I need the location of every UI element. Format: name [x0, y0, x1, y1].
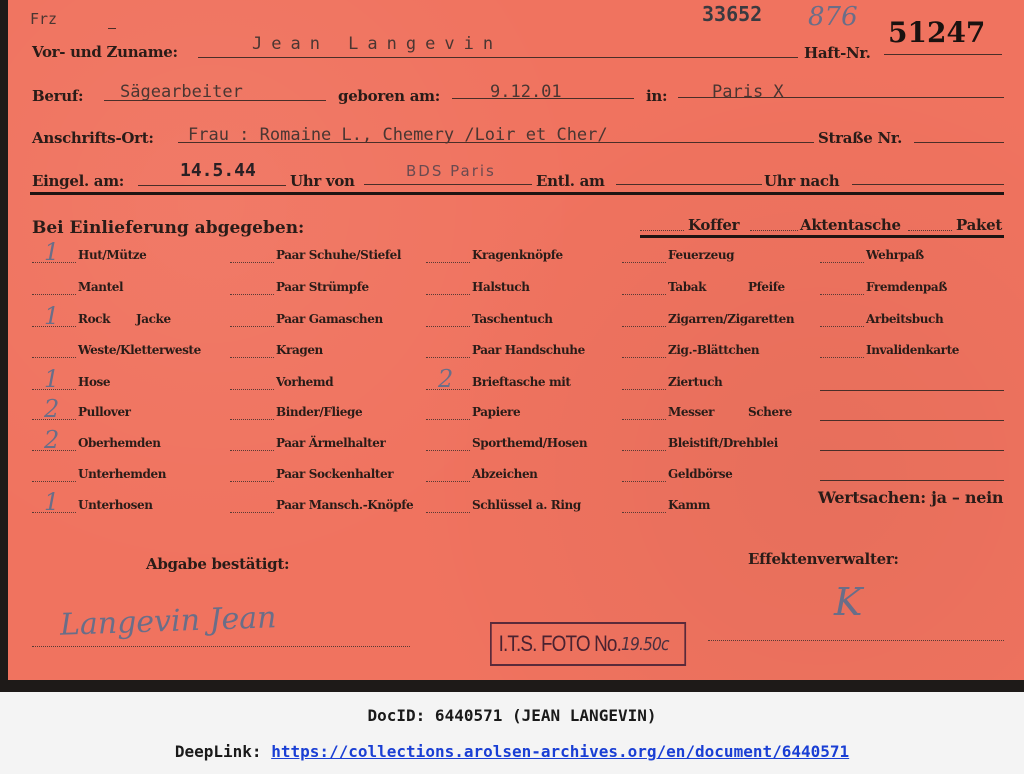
- time-to-line: [852, 184, 1004, 185]
- time-from-label: Uhr von: [290, 172, 355, 190]
- handwritten-number: 876: [808, 2, 858, 32]
- released-label: Entl. am: [536, 172, 605, 190]
- belonging-item-label: Unterhemden: [78, 467, 166, 481]
- qty-line: [426, 512, 470, 513]
- street-label: Straße Nr.: [818, 129, 902, 147]
- belongings-title: Bei Einlieferung abgegeben:: [32, 218, 304, 238]
- time-to-label: Uhr nach: [764, 172, 839, 190]
- belonging-item-label: Tabak: [668, 280, 706, 294]
- belonging-item-label: Paar Strümpfe: [276, 280, 369, 294]
- custodian-line: [708, 640, 1004, 641]
- time-from-value: BDS Paris: [406, 162, 496, 180]
- qty-line: [622, 419, 666, 420]
- qty-line: [820, 262, 864, 263]
- deeplink-row: DeepLink: https://collections.arolsen-ar…: [0, 742, 1024, 761]
- qty-line: [622, 481, 666, 482]
- qty-line: [230, 294, 274, 295]
- belonging-item-label: Fremdenpaß: [866, 280, 947, 294]
- its-foto-stamp: I.T.S. FOTO No. 19.50c: [490, 622, 686, 666]
- qty-line: [622, 389, 666, 390]
- prisoner-no-value: 51247: [888, 16, 985, 49]
- prisoner-no-line: [884, 54, 1002, 55]
- qty-line: [230, 419, 274, 420]
- nationality: Frz: [30, 10, 57, 28]
- belonging-item-label: Kragenknöpfe: [472, 248, 563, 262]
- qty-line: [32, 481, 76, 482]
- belonging-item-label: Zigarren/Zigaretten: [668, 312, 794, 326]
- qty-line: [426, 326, 470, 327]
- qty-line: [622, 326, 666, 327]
- belonging-item-label: Schlüssel a. Ring: [472, 498, 581, 512]
- admitted-label: Eingel. am:: [32, 172, 124, 190]
- qty-line: [32, 357, 76, 358]
- container-paket: Paket: [956, 216, 1002, 234]
- qty-line: [622, 294, 666, 295]
- qty-line: [230, 481, 274, 482]
- belonging-item-qty: 1: [44, 302, 59, 330]
- doc-id: DocID: 6440571 (JEAN LANGEVIN): [0, 706, 1024, 725]
- valuables-label: Wertsachen: ja – nein: [818, 488, 1003, 507]
- belonging-item-label: Abzeichen: [472, 467, 538, 481]
- custodian-initial: K: [834, 580, 862, 624]
- belonging-item-label: Kamm: [668, 498, 710, 512]
- signature-line: [32, 646, 410, 647]
- belonging-item-label: Messer: [668, 405, 714, 419]
- custodian-label: Effektenverwalter:: [748, 550, 899, 568]
- belonging-item-label: Sporthemd/Hosen: [472, 436, 587, 450]
- belonging-item-label: Geldbörse: [668, 467, 732, 481]
- container-dots: [640, 230, 684, 231]
- qty-line: [426, 419, 470, 420]
- belonging-item-label: Rock: [78, 312, 110, 326]
- belonging-item-label: Wehrpaß: [866, 248, 924, 262]
- qty-line: [230, 389, 274, 390]
- street-line: [914, 142, 1004, 143]
- qty-line: [426, 357, 470, 358]
- belonging-item-label: Paar Handschuhe: [472, 343, 585, 357]
- belonging-item-label: Bleistift/Drehblei: [668, 436, 778, 450]
- belonging-item-qty: 1: [44, 488, 59, 516]
- belonging-item-label: Oberhemden: [78, 436, 161, 450]
- container-dots: [908, 230, 952, 231]
- belonging-item-label: Weste/Kletterweste: [78, 343, 201, 357]
- blank-line: [820, 480, 1004, 481]
- qty-line: [622, 512, 666, 513]
- qty-line: [820, 294, 864, 295]
- belonging-item-label: Binder/Fliege: [276, 405, 362, 419]
- qty-line: [426, 450, 470, 451]
- born-in-label: in:: [646, 87, 667, 105]
- admitted-line: [138, 185, 286, 186]
- belonging-item-label: Pullover: [78, 405, 131, 419]
- header-divider: [30, 192, 1004, 195]
- name-value: Jean Langevin: [252, 34, 502, 54]
- container-underline: [640, 235, 1004, 238]
- dash-mark: [108, 28, 116, 29]
- stamp-prefix: I.T.S. FOTO No.: [499, 631, 621, 657]
- blank-line: [820, 420, 1004, 421]
- belonging-item-qty: 2: [44, 426, 59, 454]
- qty-line: [820, 326, 864, 327]
- born-value: 9.12.01: [490, 82, 562, 102]
- container-dots: [750, 230, 798, 231]
- pipe-label: Pfeife: [748, 280, 785, 294]
- stamp-number: 19.50c: [621, 634, 669, 655]
- belonging-item-label: Paar Gamaschen: [276, 312, 383, 326]
- belonging-item-label: Invalidenkarte: [866, 343, 959, 357]
- qty-line: [622, 450, 666, 451]
- qty-line: [820, 357, 864, 358]
- belonging-item-label: Paar Mansch.-Knöpfe: [276, 498, 413, 512]
- qty-line: [230, 357, 274, 358]
- container-aktentasche: Aktentasche: [800, 216, 901, 234]
- belonging-item-label: Papiere: [472, 405, 520, 419]
- qty-line: [230, 262, 274, 263]
- belonging-item-label: Brieftasche mit: [472, 375, 571, 389]
- released-line: [616, 184, 762, 185]
- scissors-label: Schere: [748, 405, 792, 419]
- born-label: geboren am:: [338, 87, 440, 105]
- belonging-item-qty: 2: [44, 395, 59, 423]
- belonging-item-label: Feuerzeug: [668, 248, 734, 262]
- name-line: [198, 57, 798, 58]
- address-label: Anschrifts-Ort:: [32, 129, 154, 147]
- belonging-item-label: Arbeitsbuch: [866, 312, 943, 326]
- doc-footer: DocID: 6440571 (JEAN LANGEVIN) DeepLink:…: [0, 692, 1024, 774]
- qty-line: [426, 294, 470, 295]
- time-from-line: [364, 184, 532, 185]
- belonging-item-label: Paar Schuhe/Stiefel: [276, 248, 401, 262]
- qty-line: [230, 512, 274, 513]
- belonging-item-qty: 1: [44, 238, 59, 266]
- belonging-item-label: Zig.-Blättchen: [668, 343, 759, 357]
- belonging-item-qty: 2: [438, 365, 453, 393]
- admitted-value: 14.5.44: [180, 160, 256, 181]
- address-value: Frau : Romaine L., Chemery /Loir et Cher…: [188, 125, 608, 145]
- belonging-item-label: Halstuch: [472, 280, 530, 294]
- occupation-value: Sägearbeiter: [120, 82, 243, 102]
- belonging-item-label: Paar Ärmelhalter: [276, 436, 385, 450]
- jacket-label: Jacke: [136, 312, 171, 326]
- qty-line: [426, 481, 470, 482]
- container-koffer: Koffer: [688, 216, 739, 234]
- qty-line: [230, 450, 274, 451]
- signature: Langevin Jean: [59, 600, 277, 643]
- qty-line: [32, 294, 76, 295]
- belonging-item-label: Paar Sockenhalter: [276, 467, 393, 481]
- belonging-item-label: Hose: [78, 375, 110, 389]
- prisoner-no-label: Haft-Nr.: [804, 44, 871, 62]
- belonging-item-qty: 1: [44, 365, 59, 393]
- blank-line: [820, 450, 1004, 451]
- stamped-number: 33652: [702, 2, 762, 26]
- qty-line: [426, 262, 470, 263]
- qty-line: [230, 326, 274, 327]
- born-in-value: Paris X: [712, 82, 784, 102]
- belonging-item-label: Kragen: [276, 343, 323, 357]
- belonging-item-label: Taschentuch: [472, 312, 553, 326]
- blank-line: [820, 390, 1004, 391]
- belonging-item-label: Unterhosen: [78, 498, 153, 512]
- belonging-item-label: Mantel: [78, 280, 123, 294]
- deeplink-label: DeepLink:: [175, 742, 262, 761]
- effects-card: Frz 33652 876 Vor- und Zuname: Jean Lang…: [8, 0, 1024, 680]
- belonging-item-label: Hut/Mütze: [78, 248, 146, 262]
- qty-line: [622, 262, 666, 263]
- confirmed-label: Abgabe bestätigt:: [146, 555, 289, 573]
- deeplink-url[interactable]: https://collections.arolsen-archives.org…: [271, 742, 849, 761]
- occupation-label: Beruf:: [32, 87, 83, 105]
- name-label: Vor- und Zuname:: [32, 43, 178, 61]
- qty-line: [622, 357, 666, 358]
- belonging-item-label: Vorhemd: [276, 375, 333, 389]
- belonging-item-label: Ziertuch: [668, 375, 722, 389]
